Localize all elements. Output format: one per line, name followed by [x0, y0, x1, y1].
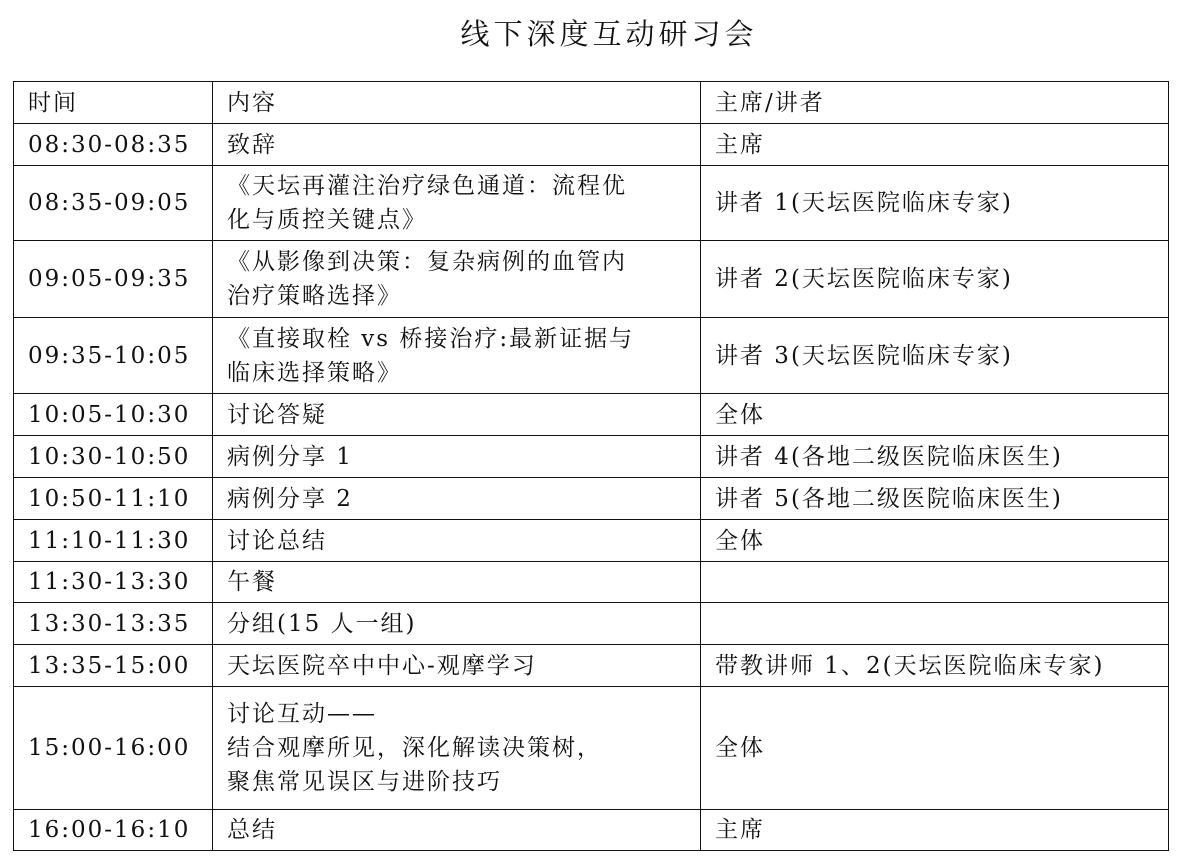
cell-content: 天坛医院卒中中心-观摩学习: [213, 645, 701, 687]
cell-content: 讨论答疑: [213, 394, 701, 436]
table-row: 11:30-13:30午餐: [14, 562, 1169, 603]
cell-time: 10:05-10:30: [14, 394, 213, 436]
cell-content: 总结: [213, 810, 701, 851]
cell-content: 病例分享 1: [213, 436, 701, 478]
table-row: 09:35-10:05《直接取栓 vs 桥接治疗:最新证据与 临床选择策略》讲者…: [14, 318, 1169, 394]
table-row: 08:35-09:05《天坛再灌注治疗绿色通道：流程优 化与质控关键点》讲者 1…: [14, 166, 1169, 241]
cell-speaker: 全体: [701, 394, 1169, 436]
cell-speaker: 讲者 5(各地二级医院临床医生): [701, 478, 1169, 520]
cell-speaker: 主席: [701, 124, 1169, 166]
cell-time: 10:50-11:10: [14, 478, 213, 520]
table-row: 10:30-10:50病例分享 1讲者 4(各地二级医院临床医生): [14, 436, 1169, 478]
cell-speaker: [701, 603, 1169, 645]
cell-content: 讨论总结: [213, 520, 701, 562]
cell-time: 16:00-16:10: [14, 810, 213, 851]
cell-time: 13:35-15:00: [14, 645, 213, 687]
cell-time: 08:30-08:35: [14, 124, 213, 166]
cell-speaker: 带教讲师 1、2(天坛医院临床专家): [701, 645, 1169, 687]
header-content: 内容: [213, 82, 701, 124]
table-row: 15:00-16:00讨论互动—— 结合观摩所见，深化解读决策树， 聚焦常见误区…: [14, 687, 1169, 810]
cell-time: 11:10-11:30: [14, 520, 213, 562]
cell-content: 午餐: [213, 562, 701, 603]
cell-time: 09:35-10:05: [14, 318, 213, 394]
table-row: 09:05-09:35《从影像到决策：复杂病例的血管内 治疗策略选择》讲者 2(…: [14, 241, 1169, 318]
cell-speaker: 讲者 4(各地二级医院临床医生): [701, 436, 1169, 478]
cell-content: 《天坛再灌注治疗绿色通道：流程优 化与质控关键点》: [213, 166, 701, 241]
table-row: 16:00-16:10总结主席: [14, 810, 1169, 851]
table-header-row: 时间 内容 主席/讲者: [14, 82, 1169, 124]
table-row: 08:30-08:35致辞主席: [14, 124, 1169, 166]
header-time: 时间: [14, 82, 213, 124]
cell-speaker: 讲者 2(天坛医院临床专家): [701, 241, 1169, 318]
table-row: 13:35-15:00天坛医院卒中中心-观摩学习带教讲师 1、2(天坛医院临床专…: [14, 645, 1169, 687]
cell-content: 《直接取栓 vs 桥接治疗:最新证据与 临床选择策略》: [213, 318, 701, 394]
cell-time: 10:30-10:50: [14, 436, 213, 478]
cell-speaker: [701, 562, 1169, 603]
table-row: 13:30-13:35分组(15 人一组): [14, 603, 1169, 645]
cell-speaker: 全体: [701, 520, 1169, 562]
cell-content: 《从影像到决策：复杂病例的血管内 治疗策略选择》: [213, 241, 701, 318]
agenda-table: 时间 内容 主席/讲者 08:30-08:35致辞主席08:35-09:05《天…: [13, 81, 1169, 851]
cell-time: 11:30-13:30: [14, 562, 213, 603]
table-row: 10:05-10:30讨论答疑全体: [14, 394, 1169, 436]
document-title: 线下深度互动研习会: [0, 12, 1180, 56]
header-speaker: 主席/讲者: [701, 82, 1169, 124]
table-row: 10:50-11:10病例分享 2讲者 5(各地二级医院临床医生): [14, 478, 1169, 520]
cell-time: 13:30-13:35: [14, 603, 213, 645]
cell-content: 病例分享 2: [213, 478, 701, 520]
cell-speaker: 讲者 1(天坛医院临床专家): [701, 166, 1169, 241]
cell-speaker: 主席: [701, 810, 1169, 851]
cell-content: 分组(15 人一组): [213, 603, 701, 645]
cell-content: 讨论互动—— 结合观摩所见，深化解读决策树， 聚焦常见误区与进阶技巧: [213, 687, 701, 810]
cell-speaker: 讲者 3(天坛医院临床专家): [701, 318, 1169, 394]
cell-time: 15:00-16:00: [14, 687, 213, 810]
cell-time: 08:35-09:05: [14, 166, 213, 241]
cell-speaker: 全体: [701, 687, 1169, 810]
cell-time: 09:05-09:35: [14, 241, 213, 318]
table-row: 11:10-11:30讨论总结全体: [14, 520, 1169, 562]
cell-content: 致辞: [213, 124, 701, 166]
